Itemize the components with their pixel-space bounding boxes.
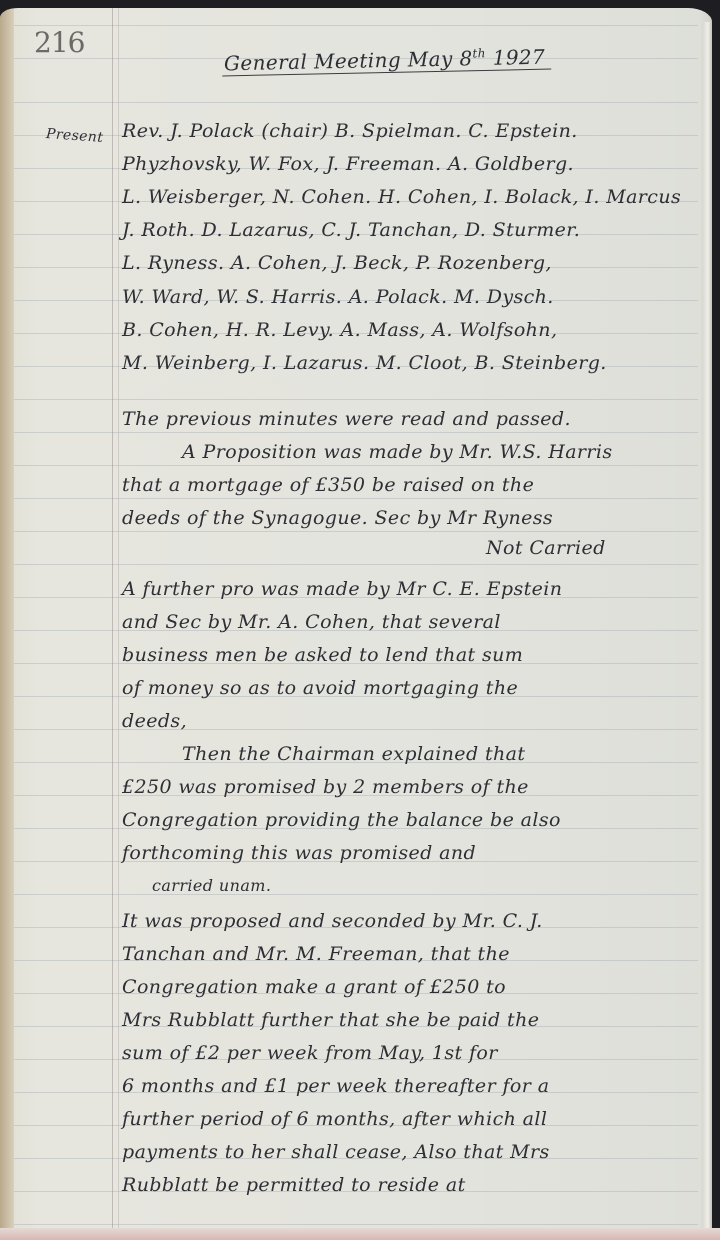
attendee-line: L. Ryness. A. Cohen, J. Beck, P. Rozenbe…	[122, 252, 552, 274]
minutes-line: sum of £2 per week from May, 1st for	[122, 1042, 498, 1064]
minutes-line: of money so as to avoid mortgaging the	[122, 677, 518, 699]
minutes-line: The previous minutes were read and passe…	[122, 408, 571, 430]
meeting-title-ordinal: th	[472, 46, 486, 60]
attendee-line: M. Weinberg, I. Lazarus. M. Cloot, B. St…	[122, 352, 607, 374]
minutes-line: deeds,	[122, 710, 187, 732]
minutes-line: and Sec by Mr. A. Cohen, that several	[122, 611, 501, 633]
attendee-line: W. Ward, W. S. Harris. A. Polack. M. Dys…	[122, 286, 554, 308]
meeting-title-text: General Meeting May 8	[224, 46, 473, 75]
page-edge-right	[702, 22, 712, 1240]
minutes-line: Tanchan and Mr. M. Freeman, that the	[122, 943, 510, 965]
minutes-line: that a mortgage of £350 be raised on the	[122, 474, 534, 496]
minutes-line: business men be asked to lend that sum	[122, 644, 523, 666]
page-bottom-edge	[0, 1228, 720, 1240]
minutes-line: Mrs Rubblatt further that she be paid th…	[122, 1009, 539, 1031]
minutes-line: It was proposed and seconded by Mr. C. J…	[122, 910, 543, 932]
minutes-line: deeds of the Synagogue. Sec by Mr Ryness	[122, 507, 553, 529]
page-binding-edge	[0, 8, 14, 1240]
minutes-line: further period of 6 months, after which …	[122, 1108, 547, 1130]
minutes-line: A Proposition was made by Mr. W.S. Harri…	[182, 441, 613, 463]
meeting-year: 1927	[492, 45, 545, 70]
attendee-line: Phyzhovsky, W. Fox, J. Freeman. A. Goldb…	[122, 153, 574, 175]
minutes-line: £250 was promised by 2 members of the	[122, 776, 529, 798]
margin-rule	[112, 8, 113, 1240]
attendee-line: B. Cohen, H. R. Levy. A. Mass, A. Wolfso…	[122, 319, 557, 341]
attendee-line: Rev. J. Polack (chair) B. Spielman. C. E…	[122, 120, 578, 142]
margin-rule-secondary	[118, 8, 119, 1240]
minutes-line: Congregation make a grant of £250 to	[122, 976, 506, 998]
attendee-line: L. Weisberger, N. Cohen. H. Cohen, I. Bo…	[122, 186, 681, 208]
minutes-line: Rubblatt be permitted to reside at	[122, 1174, 466, 1196]
motion-result-not-carried: Not Carried	[486, 537, 606, 559]
minutes-line: forthcoming this was promised and	[122, 842, 476, 864]
page-number: 216	[34, 26, 84, 59]
motion-result-carried: carried unam.	[152, 876, 271, 895]
attendee-line: J. Roth. D. Lazarus, C. J. Tanchan, D. S…	[122, 219, 580, 241]
minutes-line: A further pro was made by Mr C. E. Epste…	[122, 578, 562, 600]
minutes-line: Then the Chairman explained that	[182, 743, 525, 765]
minutes-line: Congregation providing the balance be al…	[122, 809, 561, 831]
minutes-line: 6 months and £1 per week thereafter for …	[122, 1075, 549, 1097]
ledger-page: 216 General Meeting May 8th 1927 Present…	[0, 8, 712, 1240]
minutes-line: payments to her shall cease, Also that M…	[122, 1141, 550, 1163]
